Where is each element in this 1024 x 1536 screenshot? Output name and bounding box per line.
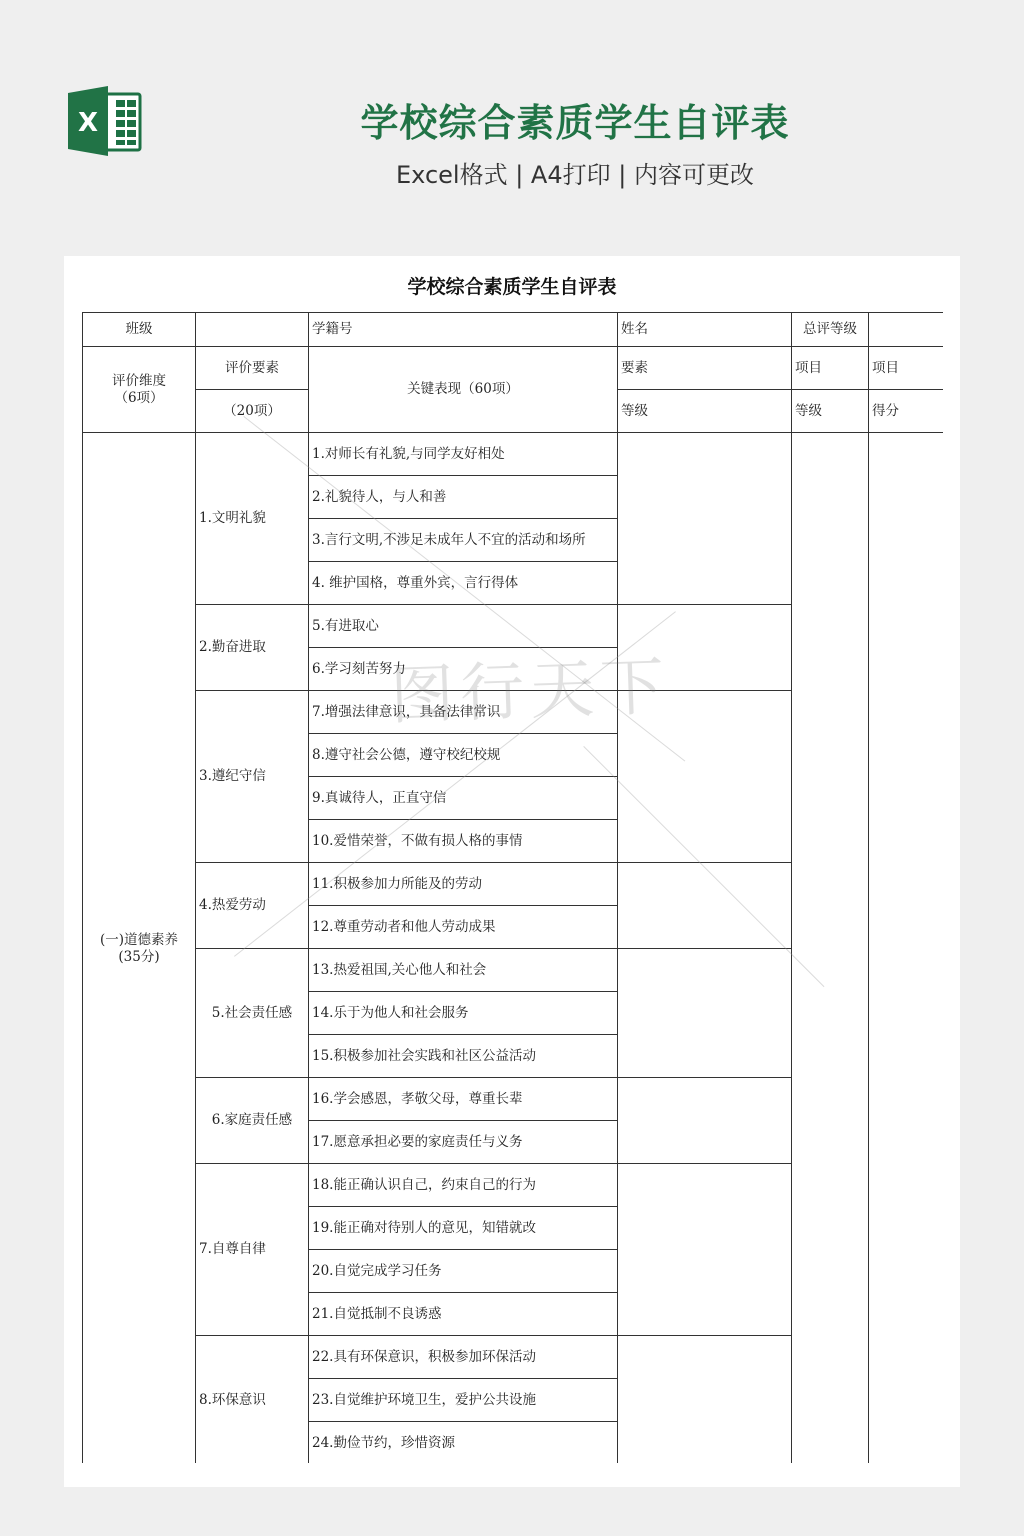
evaluation-table-container: 班级 学籍号 姓名 总评等级 评价维度 （6项） 评价要素 关键表现（60项） … — [82, 312, 943, 1463]
dimension-header: 评价维度 （6项） — [83, 347, 196, 433]
name-label[interactable]: 姓名 — [618, 313, 792, 347]
item-score-cell[interactable] — [869, 433, 944, 1464]
key-performance-cell: 17.愿意承担必要的家庭责任与义务 — [309, 1121, 618, 1164]
element-grade-cell[interactable] — [618, 863, 792, 949]
table-row: (一)道德素养 (35分) 1.文明礼貌 1.对师长有礼貌,与同学友好相处 — [83, 433, 944, 476]
element-cell: 2.勤奋进取 — [196, 605, 309, 691]
item-col-2-header: 项目 — [869, 347, 944, 390]
element-cell: 8.环保意识 — [196, 1336, 309, 1464]
class-label: 班级 — [83, 313, 196, 347]
dimension-cell: (一)道德素养 (35分) — [83, 433, 196, 1464]
key-performance-cell: 3.言行文明,不涉足未成年人不宜的活动和场所 — [309, 519, 618, 562]
class-value-cell[interactable] — [196, 313, 309, 347]
header-row-1: 评价维度 （6项） 评价要素 关键表现（60项） 要素 项目 项目 — [83, 347, 944, 390]
item-col-1-header: 项目 — [792, 347, 869, 390]
element-grade-cell[interactable] — [618, 1078, 792, 1164]
key-performance-cell: 6.学习刻苦努力 — [309, 648, 618, 691]
document-title: 学校综合素质学生自评表 — [64, 272, 960, 299]
element-cell: 4.热爱劳动 — [196, 863, 309, 949]
element-cell: 5.社会责任感 — [196, 949, 309, 1078]
element-grade-cell[interactable] — [618, 433, 792, 605]
key-performance-cell: 10.爱惜荣誉，不做有损人格的事情 — [309, 820, 618, 863]
overall-grade-label: 总评等级 — [792, 313, 869, 347]
key-performance-header: 关键表现（60项） — [309, 347, 618, 433]
key-performance-cell: 21.自觉抵制不良诱惑 — [309, 1293, 618, 1336]
element-grade-cell[interactable] — [618, 1336, 792, 1464]
key-performance-cell: 24.勤俭节约，珍惜资源 — [309, 1422, 618, 1464]
overall-grade-value-cell[interactable] — [869, 313, 944, 347]
banner-title: 学校综合素质学生自评表 — [300, 92, 850, 147]
info-row: 班级 学籍号 姓名 总评等级 — [83, 313, 944, 347]
key-performance-cell: 23.自觉维护环境卫生，爱护公共设施 — [309, 1379, 618, 1422]
element-header: 评价要素 — [196, 347, 309, 390]
key-performance-cell: 22.具有环保意识，积极参加环保活动 — [309, 1336, 618, 1379]
key-performance-cell: 12.尊重劳动者和他人劳动成果 — [309, 906, 618, 949]
item-score-header: 得分 — [869, 390, 944, 433]
evaluation-table: 班级 学籍号 姓名 总评等级 评价维度 （6项） 评价要素 关键表现（60项） … — [82, 312, 943, 1463]
student-id-label[interactable]: 学籍号 — [309, 313, 618, 347]
element-grade-cell[interactable] — [618, 605, 792, 691]
svg-text:X: X — [78, 108, 98, 138]
key-performance-cell: 11.积极参加力所能及的劳动 — [309, 863, 618, 906]
document-page: 学校综合素质学生自评表 班级 学籍号 姓名 总评等级 评价维度 （6项） 评价要… — [64, 256, 960, 1487]
element-grade-cell[interactable] — [618, 949, 792, 1078]
element-col-header: 要素 — [618, 347, 792, 390]
element-grade-cell[interactable] — [618, 691, 792, 863]
excel-icon: X — [68, 86, 142, 156]
element-cell: 6.家庭责任感 — [196, 1078, 309, 1164]
key-performance-cell: 8.遵守社会公德，遵守校纪校规 — [309, 734, 618, 777]
element-grade-header: 等级 — [618, 390, 792, 433]
key-performance-cell: 1.对师长有礼貌,与同学友好相处 — [309, 433, 618, 476]
key-performance-cell: 4. 维护国格，尊重外宾，言行得体 — [309, 562, 618, 605]
key-performance-cell: 18.能正确认识自己，约束自己的行为 — [309, 1164, 618, 1207]
key-performance-cell: 19.能正确对待别人的意见，知错就改 — [309, 1207, 618, 1250]
item-grade-cell[interactable] — [792, 433, 869, 1464]
key-performance-cell: 2.礼貌待人，与人和善 — [309, 476, 618, 519]
element-cell: 1.文明礼貌 — [196, 433, 309, 605]
key-performance-cell: 5.有进取心 — [309, 605, 618, 648]
element-grade-cell[interactable] — [618, 1164, 792, 1336]
key-performance-cell: 15.积极参加社会实践和社区公益活动 — [309, 1035, 618, 1078]
element-cell: 3.遵纪守信 — [196, 691, 309, 863]
item-grade-header: 等级 — [792, 390, 869, 433]
element-count-header: （20项） — [196, 390, 309, 433]
banner-subtitle: Excel格式 | A4打印 | 内容可更改 — [300, 155, 850, 190]
key-performance-cell: 7.增强法律意识，具备法律常识 — [309, 691, 618, 734]
key-performance-cell: 13.热爱祖国,关心他人和社会 — [309, 949, 618, 992]
key-performance-cell: 14.乐于为他人和社会服务 — [309, 992, 618, 1035]
key-performance-cell: 9.真诚待人，正直守信 — [309, 777, 618, 820]
element-cell: 7.自尊自律 — [196, 1164, 309, 1336]
key-performance-cell: 16.学会感恩，孝敬父母，尊重长辈 — [309, 1078, 618, 1121]
key-performance-cell: 20.自觉完成学习任务 — [309, 1250, 618, 1293]
